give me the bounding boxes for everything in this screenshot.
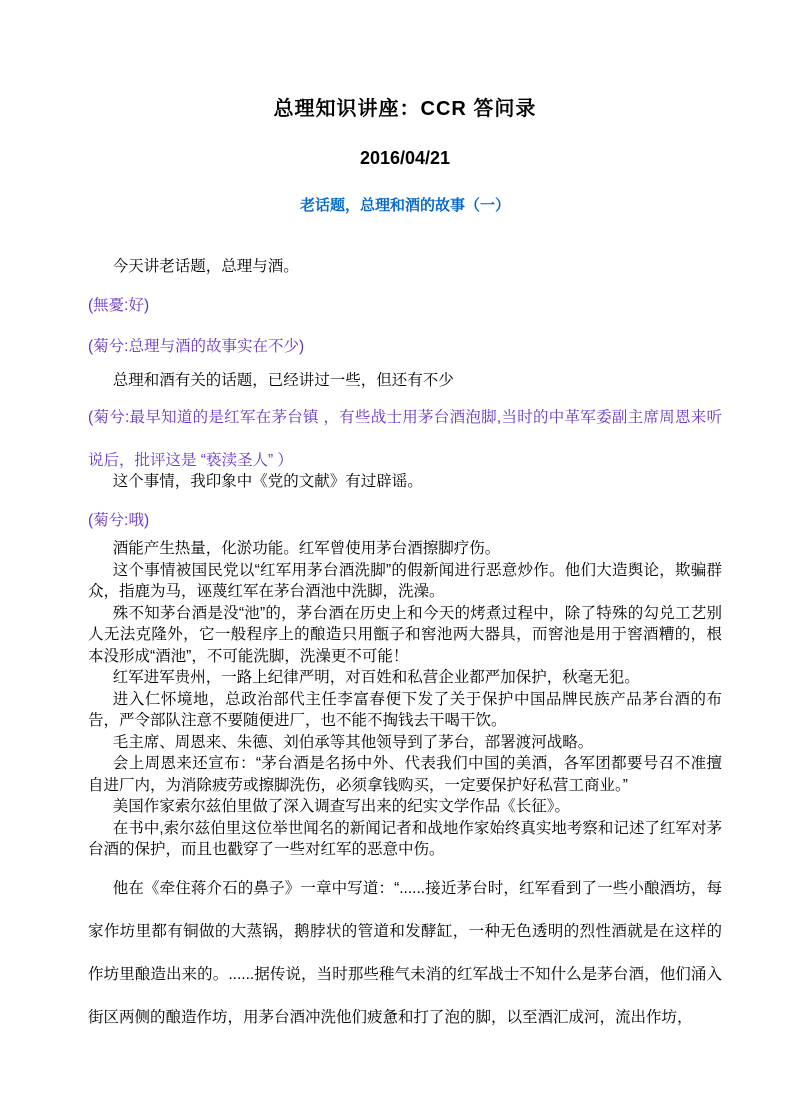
body-paragraph: 这个事情被国民党以“红军用茅台酒洗脚”的假新闻进行恶意炒作。他们大造舆论，欺骗群… (88, 560, 722, 603)
dialog-line: (菊兮:最早知道的是红军在茅台镇 ，有些战士用茅台酒泡脚,当时的中革军委副主席周… (88, 396, 722, 482)
document-date: 2016/04/21 (88, 146, 722, 170)
body-paragraph: 在书中,索尔兹伯里这位举世闻名的新闻记者和战地作家始终真实地考察和记述了红军对茅… (88, 818, 722, 861)
document-page: 总理知识讲座：CCR 答问录 2016/04/21 老话题，总理和酒的故事（一）… (0, 0, 800, 1100)
section-heading: 老话题，总理和酒的故事（一） (88, 196, 722, 216)
dialog-line: (菊兮:总理与酒的故事实在不少) (88, 336, 722, 358)
body-paragraph: 会上周恩来还宣布：“茅台酒是名扬中外、代表我们中国的美酒，各军团都要号召不准擅自… (88, 753, 722, 796)
body-paragraph: 酒能产生热量，化淤功能。红军曾使用茅台酒擦脚疗伤。 (88, 538, 722, 560)
body-paragraph: 殊不知茅台酒是没“池”的，茅台酒在历史上和今天的烤煮过程中，除了特殊的勾兑工艺别… (88, 603, 722, 668)
document-body: 今天讲老话题，总理与酒。 (無憂:好) (菊兮:总理与酒的故事实在不少) 总理和… (88, 256, 722, 1039)
body-paragraph: 红军进军贵州，一路上纪律严明，对百姓和私营企业都严加保护，秋毫无犯。 (88, 667, 722, 689)
body-paragraph: 这个事情，我印象中《党的文献》有过辟谣。 (88, 471, 722, 493)
body-paragraph: 今天讲老话题，总理与酒。 (88, 256, 722, 278)
document-title: 总理知识讲座：CCR 答问录 (88, 96, 722, 122)
dialog-line: (無憂:好) (88, 295, 722, 317)
body-paragraph: 美国作家索尔兹伯里做了深入调查写出来的纪实文学作品《长征》。 (88, 796, 722, 818)
body-paragraph: 总理和酒有关的话题，已经讲过一些，但还有不少 (88, 370, 722, 392)
body-paragraph: 毛主席、周恩来、朱德、刘伯承等其他领导到了茅台，部署渡河战略。 (88, 732, 722, 754)
body-paragraph: 他在《牵住蒋介石的鼻子》一章中写道：“......接近茅台时，红军看到了一些小酿… (88, 867, 722, 1039)
dialog-line: (菊兮:哦) (88, 510, 722, 532)
body-paragraph: 进入仁怀境地，总政治部代主任李富春便下发了关于保护中国品牌民族产品茅台酒的布告，… (88, 689, 722, 732)
